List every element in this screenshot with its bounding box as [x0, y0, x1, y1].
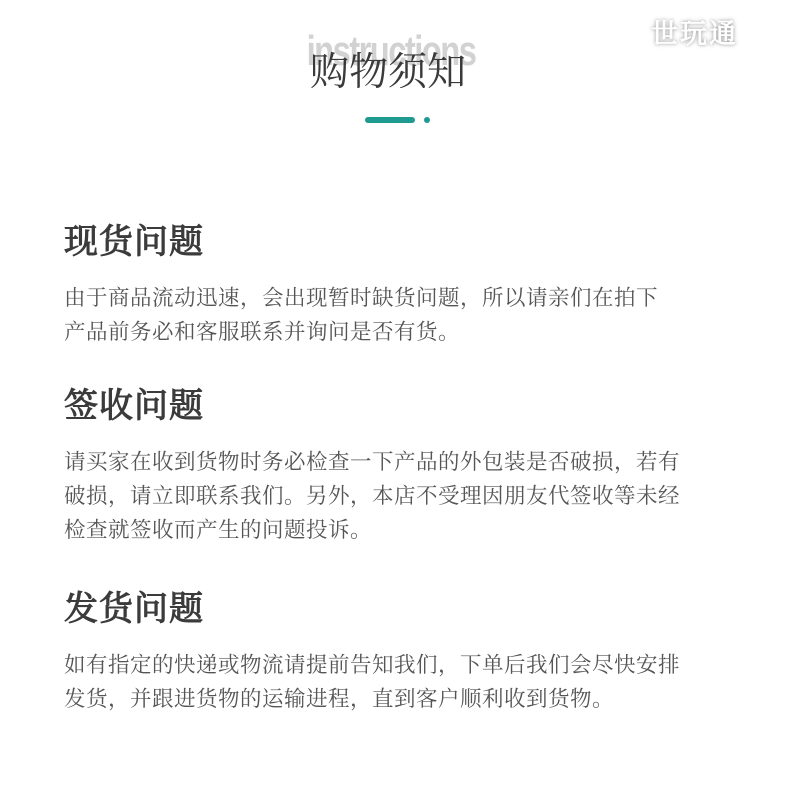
divider-bar	[365, 117, 415, 123]
body-line: 破损，请立即联系我们。另外，本店不受理因朋友代签收等未经	[64, 480, 754, 514]
section-receipt: 签收问题 请买家在收到货物时务必检查一下产品的外包装是否破损，若有 破损，请立即…	[64, 386, 754, 548]
section-heading: 发货问题	[64, 589, 754, 629]
body-line: 由于商品流动迅速，会出现暂时缺货问题，所以请亲们在拍下	[64, 282, 754, 316]
section-body: 请买家在收到货物时务必检查一下产品的外包装是否破损，若有 破损，请立即联系我们。…	[64, 446, 754, 548]
title-divider	[365, 117, 435, 123]
body-line: 产品前务必和客服联系并询问是否有货。	[64, 316, 754, 350]
page-header: instructions 购物须知	[0, 0, 790, 140]
page-title: 购物须知	[0, 50, 776, 96]
section-shipping: 发货问题 如有指定的快递或物流请提前告知我们，下单后我们会尽快安排 发货，并跟进…	[64, 589, 754, 717]
section-heading: 现货问题	[64, 222, 754, 262]
section-stock: 现货问题 由于商品流动迅速，会出现暂时缺货问题，所以请亲们在拍下 产品前务必和客…	[64, 222, 754, 350]
section-body: 如有指定的快递或物流请提前告知我们，下单后我们会尽快安排 发货，并跟进货物的运输…	[64, 649, 754, 717]
body-line: 如有指定的快递或物流请提前告知我们，下单后我们会尽快安排	[64, 649, 754, 683]
body-line: 发货，并跟进货物的运输进程，直到客户顺利收到货物。	[64, 683, 754, 717]
body-line: 请买家在收到货物时务必检查一下产品的外包装是否破损，若有	[64, 446, 754, 480]
section-heading: 签收问题	[64, 386, 754, 426]
divider-dot	[424, 117, 430, 123]
body-line: 检查就签收而产生的问题投诉。	[64, 514, 754, 548]
section-body: 由于商品流动迅速，会出现暂时缺货问题，所以请亲们在拍下 产品前务必和客服联系并询…	[64, 282, 754, 350]
